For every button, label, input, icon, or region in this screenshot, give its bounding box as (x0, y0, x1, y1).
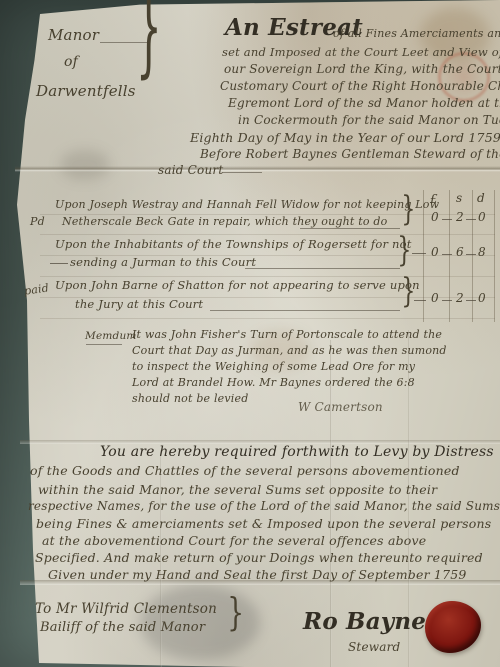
header-line: said Court (158, 163, 223, 177)
pen-flourish (300, 228, 400, 229)
amount-dash (412, 253, 426, 254)
embossed-stamp (438, 52, 490, 102)
header-line: our Sovereign Lord the King, with the Co… (224, 62, 500, 76)
header-line: Eighth Day of May in the Year of our Lor… (190, 130, 500, 145)
fine-row-1-amount-pence: 0 (478, 210, 486, 224)
address-to-bailiff-line2: Bailiff of the said Manor (40, 620, 205, 635)
amount-dash (466, 300, 476, 301)
memo-line: to inspect the Weighing of some Lead Ore… (132, 360, 415, 373)
column-rule (472, 190, 473, 322)
margin-note-pd: Pd (30, 215, 45, 228)
memo-line: should not be levied (132, 392, 248, 405)
fine-row-2-brace: } (397, 229, 411, 270)
header-line: Customary Court of the Right Honourable … (220, 79, 500, 93)
fine-row-2-line-1: Upon the Inhabitants of the Townships of… (55, 237, 412, 251)
manor-label-line1: Manor (48, 26, 99, 44)
bailiff-brace: } (227, 590, 244, 635)
fine-row-3-brace: } (401, 270, 415, 311)
fine-row-3-line-1: Upon John Barne of Shatton for not appea… (55, 278, 420, 292)
manor-brace: } (136, 0, 162, 92)
pen-flourish (86, 344, 122, 345)
fine-row-2-amount-shillings: 6 (456, 245, 464, 259)
warrant-line: of the Goods and Chattles of the several… (30, 463, 460, 478)
steward-signature: Ro Baynes (303, 608, 439, 635)
header-line: Before Robert Baynes Gentleman Steward o… (200, 147, 500, 161)
pen-flourish (210, 310, 400, 311)
column-rule (449, 190, 450, 322)
amount-dash (442, 300, 452, 301)
warrant-line: being Fines & amerciaments set & Imposed… (36, 516, 491, 531)
col-header-pence: d (477, 191, 485, 205)
warrant-line: Given under my Hand and Seal the first D… (48, 567, 467, 582)
steward-title: Steward (348, 640, 400, 654)
fine-row-1-amount-shillings: 2 (456, 210, 464, 224)
manor-label-line3: Darwentfells (36, 82, 136, 100)
ruled-guideline (40, 276, 495, 277)
header-line: in Cockermouth for the said Manor on Tue… (238, 113, 500, 127)
fine-row-3-amount-shillings: 2 (456, 291, 464, 305)
fine-row-1-line-1: Upon Joseph Westray and Hannah Fell Wido… (55, 198, 439, 211)
memo-line: Court that Day as Jurman, and as he was … (132, 344, 447, 357)
amount-dash (466, 219, 476, 220)
fine-row-1-line-2: Netherscale Beck Gate in repair, which t… (62, 215, 387, 228)
pen-flourish (245, 268, 400, 269)
col-header-shillings: s (456, 191, 462, 205)
manor-label-line2: of (64, 54, 78, 70)
memo-line: It was John Fisher's Turn of Portonscale… (132, 328, 442, 341)
ruled-guideline (40, 318, 495, 319)
column-rule (494, 190, 495, 322)
fine-row-1-amount-pounds: 0 (431, 210, 439, 224)
warrant-line: Specified. And make return of your Doing… (35, 550, 483, 565)
ruled-guideline (40, 234, 495, 235)
amount-dash (442, 219, 452, 220)
amount-dash (414, 300, 426, 301)
warrant-line: at the abovementiond Court for the sever… (42, 533, 426, 548)
fine-row-2-amount-pence: 8 (478, 245, 486, 259)
header-line: of all Fines Amerciaments and Forfeiture… (333, 27, 500, 40)
photograph-backdrop: Manor of Darwentfells } An Estreat of al… (0, 0, 500, 667)
memo-label: Memdum (85, 330, 137, 342)
fine-row-3-amount-pounds: 0 (431, 291, 439, 305)
fine-row-3-line-2: the Jury at this Court (75, 297, 203, 311)
pen-flourish (222, 172, 262, 173)
warrant-line: respective Names, for the use of the Lor… (28, 499, 500, 513)
amount-dash (466, 254, 476, 255)
amount-dash (442, 254, 452, 255)
memo-signature: W Camertson (298, 400, 383, 414)
address-to-bailiff-line1: To Mr Wilfrid Clementson (35, 601, 217, 617)
pen-flourish (50, 263, 68, 264)
fine-row-2-amount-pounds: 0 (431, 245, 439, 259)
fine-row-1-brace: } (401, 188, 415, 229)
fine-row-2-line-2: sending a Jurman to this Court (70, 255, 256, 269)
warrant-line: within the said Manor, the several Sums … (38, 482, 437, 497)
memo-line: Lord at Brandel How. Mr Baynes ordered t… (132, 376, 415, 389)
header-line: set and Imposed at the Court Leet and Vi… (222, 45, 500, 59)
warrant-line: You are hereby required forthwith to Lev… (100, 444, 494, 460)
header-line: Egremont Lord of the sd Manor holden at … (228, 96, 500, 110)
fine-row-3-amount-pence: 0 (478, 291, 486, 305)
